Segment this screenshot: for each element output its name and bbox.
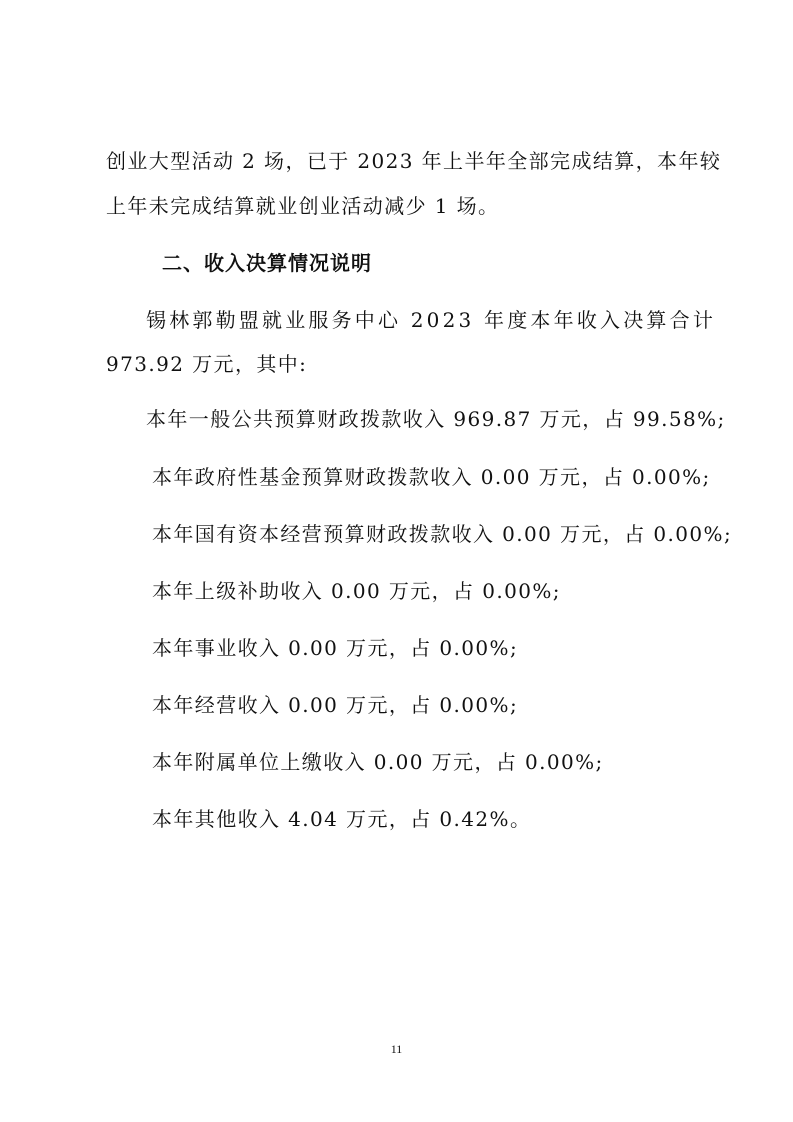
continuation-line-1: 创业大型活动 2 场，已于 2023 年上半年全部完成结算，本年较 xyxy=(106,147,721,175)
income-item: 本年事业收入 0.00 万元，占 0.00%; xyxy=(152,634,518,662)
intro-line-2: 973.92 万元，其中: xyxy=(106,350,307,378)
income-item: 本年政府性基金预算财政拨款收入 0.00 万元，占 0.00%; xyxy=(152,463,711,491)
document-page: 创业大型活动 2 场，已于 2023 年上半年全部完成结算，本年较 上年未完成结… xyxy=(0,0,793,1122)
income-item: 本年其他收入 4.04 万元，占 0.42%。 xyxy=(152,805,531,833)
income-item: 本年一般公共预算财政拨款收入 969.87 万元，占 99.58%; xyxy=(146,405,726,433)
continuation-line-2: 上年未完成结算就业创业活动减少 1 场。 xyxy=(106,192,499,220)
intro-line-1: 锡林郭勒盟就业服务中心 2023 年度本年收入决算合计 xyxy=(146,306,716,334)
income-item: 本年经营收入 0.00 万元，占 0.00%; xyxy=(152,691,518,719)
section-heading: 二、收入决算情况说明 xyxy=(162,249,372,277)
income-item: 本年上级补助收入 0.00 万元，占 0.00%; xyxy=(152,577,561,605)
income-item: 本年国有资本经营预算财政拨款收入 0.00 万元，占 0.00%; xyxy=(152,520,732,548)
income-item: 本年附属单位上缴收入 0.00 万元，占 0.00%; xyxy=(152,748,604,776)
page-number: 11 xyxy=(0,1042,793,1056)
